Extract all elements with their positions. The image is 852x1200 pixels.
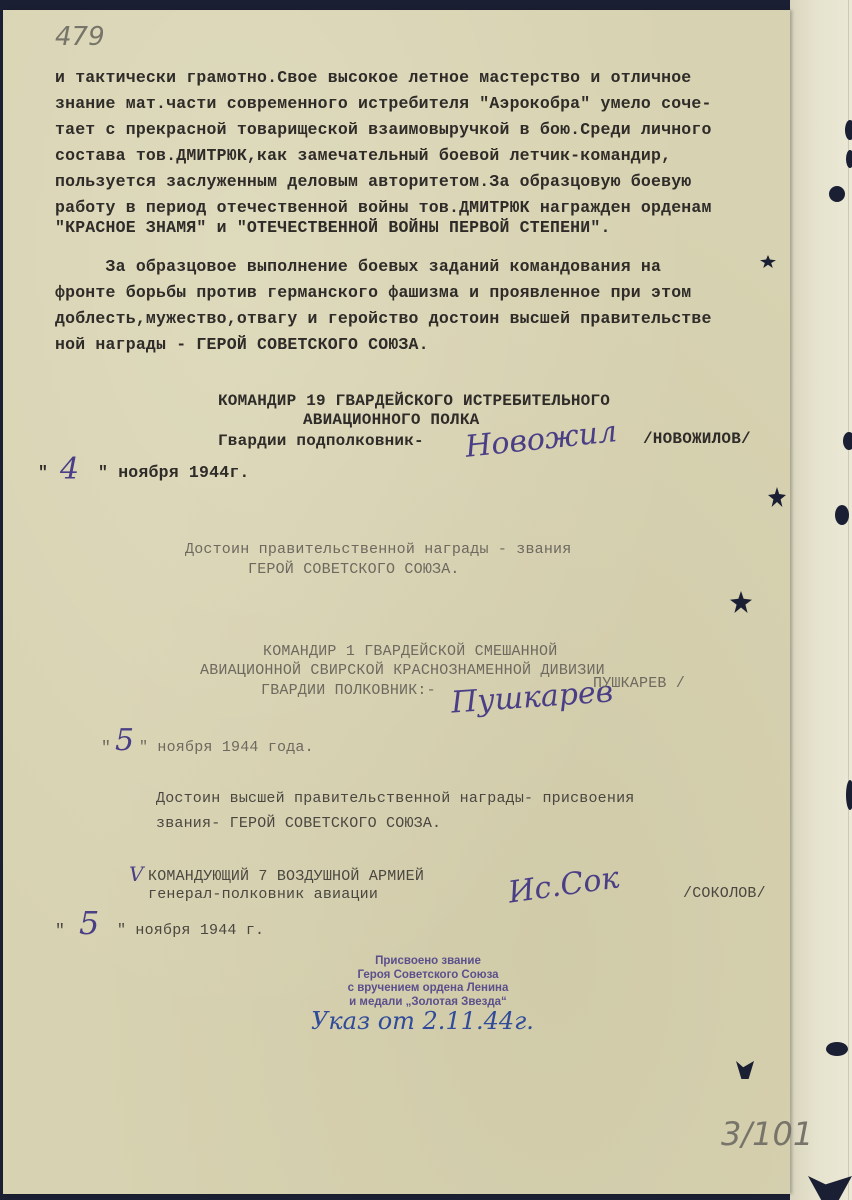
conclusion-line: За образцовое выполнение боевых заданий …: [55, 254, 661, 281]
signature-date: " 5 " ноября 1944 года.: [101, 735, 111, 762]
signer-rank: Гвардии подполковник-: [218, 428, 424, 455]
signer-rank: ГВАРДИИ ПОЛКОВНИК:-: [261, 678, 436, 705]
body-line: состава тов.ДМИТРЮК,как замечательный бо…: [55, 143, 671, 170]
handwritten-decree-note: Указ от 2.11.44г.: [311, 1007, 534, 1035]
handwritten-signature: Ис.Сок: [506, 860, 621, 910]
punch-hole: [845, 120, 852, 140]
check-mark: V: [129, 862, 143, 886]
signer-title: генерал-полковник авиации: [148, 882, 378, 909]
signer-name: /НОВОЖИЛОВ/: [643, 426, 751, 453]
body-line: пользуется заслуженным деловым авторитет…: [55, 169, 691, 196]
resolution-line: звания- ГЕРОЙ СОВЕТСКОГО СОЮЗА.: [156, 811, 441, 838]
body-line: "КРАСНОЕ ЗНАМЯ" и "ОТЕЧЕСТВЕННОЙ ВОЙНЫ П…: [55, 215, 611, 242]
punch-hole: [730, 591, 752, 613]
punch-hole: [826, 1042, 848, 1056]
conclusion-line: доблесть,мужество,отвагу и геройство дос…: [55, 306, 712, 333]
handwritten-signature: Новожил: [464, 414, 619, 465]
document-page: 479 и тактически грамотно.Свое высокое л…: [3, 10, 790, 1194]
body-line: и тактически грамотно.Свое высокое летно…: [55, 65, 691, 92]
punch-hole: [736, 1061, 754, 1079]
body-line: тает с прекрасной товарищеской взаимовыр…: [55, 117, 712, 144]
punch-hole: [846, 780, 852, 810]
handwritten-day: 5: [115, 723, 134, 758]
stamp-line: с вручением ордена Ленина: [303, 982, 553, 996]
resolution-line: ГЕРОЙ СОВЕТСКОГО СОЮЗА.: [248, 557, 460, 584]
signer-name: ПУШКАРЕВ /: [593, 671, 685, 698]
archive-page-number: 479: [55, 22, 105, 52]
signature-date: " 4 " ноября 1944г.: [38, 460, 48, 487]
punch-hole: [835, 505, 849, 525]
body-line: знание мат.части современного истребител…: [55, 91, 712, 118]
award-stamp: Присвоено звание Героя Советского Союза …: [303, 955, 553, 1009]
punch-hole: [829, 186, 845, 202]
stamp-line: Героя Советского Союза: [303, 969, 553, 983]
handwritten-day: 4: [60, 452, 79, 487]
punch-hole: [843, 432, 852, 450]
signer-name: /СОКОЛОВ/: [683, 881, 766, 908]
underlying-page-edge: [790, 0, 852, 1200]
punch-hole: [846, 150, 852, 168]
conclusion-line: ной награды - ГЕРОЙ СОВЕТСКОГО СОЮЗА.: [55, 332, 429, 359]
signature-date: " 5 " ноября 1944 г.: [55, 918, 65, 945]
stamp-line: Присвоено звание: [303, 955, 553, 969]
punch-hole: [768, 487, 786, 507]
punch-hole: [760, 255, 776, 268]
resolution-line: Достоин высшей правительственной награды…: [156, 786, 634, 813]
archive-sheet-mark: 3/101: [721, 1115, 813, 1153]
conclusion-line: фронте борьбы против германского фашизма…: [55, 280, 691, 307]
handwritten-day: 5: [79, 904, 99, 942]
